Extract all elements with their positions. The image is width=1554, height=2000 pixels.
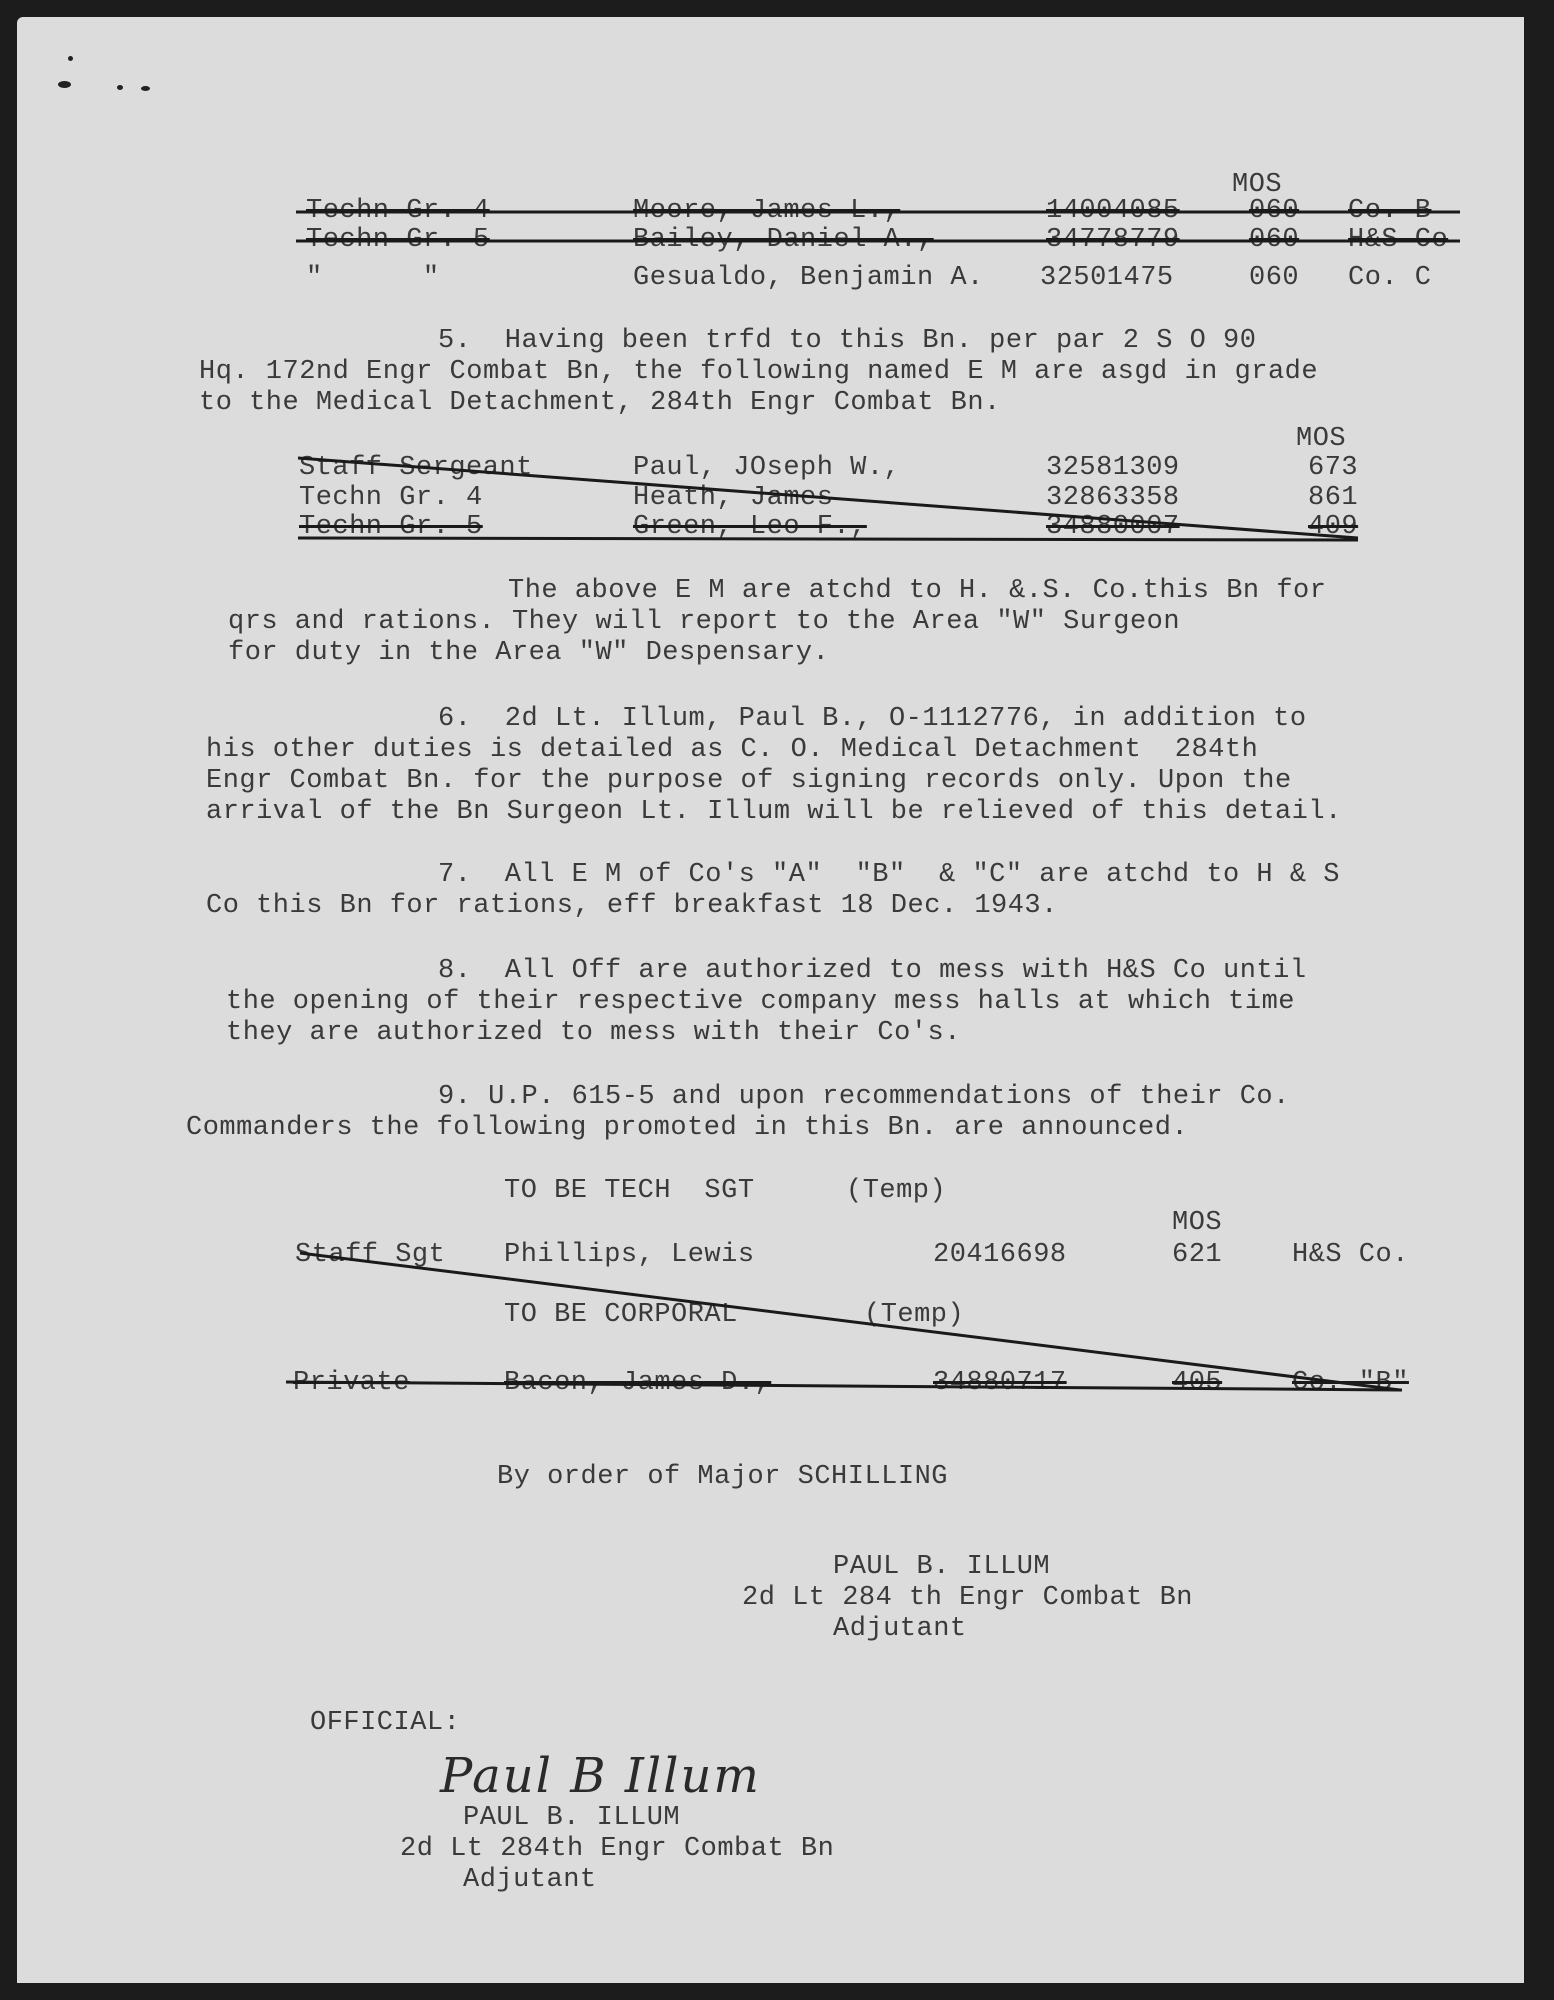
name-cell: Gesualdo, Benjamin A. [633, 263, 984, 293]
signer-title: 2d Lt 284 th Engr Combat Bn [742, 1583, 1193, 1613]
serial-cell: 14004085 [1046, 196, 1180, 226]
by-order-line: By order of Major SCHILLING [497, 1462, 948, 1492]
mos-cell: 060 [1249, 225, 1299, 255]
para8-line: 8. All Off are authorized to mess with H… [438, 956, 1307, 986]
para6-line: arrival of the Bn Surgeon Lt. Illum will… [206, 797, 1342, 827]
grade-cell: " " [306, 263, 440, 293]
ink-mark [117, 85, 123, 90]
serial-cell: 34778779 [1046, 225, 1180, 255]
para7-line: Co this Bn for rations, eff breakfast 18… [206, 891, 1058, 921]
name-cell: Bailey, Daniel A., [633, 225, 934, 255]
promotion-heading: TO BE CORPORAL [504, 1300, 738, 1330]
serial-cell: 20416698 [933, 1240, 1067, 1270]
name-cell: Heath, James [633, 483, 833, 513]
promotion-temp: (Temp) [864, 1300, 964, 1330]
grade-cell: Techn Gr. 4 [299, 483, 483, 513]
serial-cell: 34880007 [1046, 512, 1180, 542]
para6-line: his other duties is detailed as C. O. Me… [206, 735, 1258, 765]
promotion-heading: TO BE TECH SGT [504, 1176, 755, 1206]
mos-cell: 673 [1308, 453, 1358, 483]
grade-cell: Techn Gr. 5 [306, 225, 490, 255]
serial-cell: 32581309 [1046, 453, 1180, 483]
para7-line: 7. All E M of Co's "A" "B" & "C" are atc… [438, 860, 1340, 890]
serial-cell: 32863358 [1046, 483, 1180, 513]
promotion-temp: (Temp) [846, 1176, 946, 1206]
grade-cell: Staff Sergeant [299, 453, 533, 483]
mos-cell: 405 [1172, 1368, 1222, 1398]
para6-line: 6. 2d Lt. Illum, Paul B., O-1112776, in … [438, 704, 1307, 734]
serial-cell: 34880717 [933, 1368, 1067, 1398]
serial-cell: 32501475 [1040, 263, 1174, 293]
grade-cell: Techn Gr. 5 [299, 512, 483, 542]
name-cell: Moore, James L., [633, 196, 900, 226]
official-label: OFFICIAL: [310, 1708, 460, 1738]
unit-cell: Co. B [1348, 196, 1432, 226]
ink-mark [58, 81, 71, 88]
para6-line: Engr Combat Bn. for the purpose of signi… [206, 766, 1292, 796]
ink-mark [141, 86, 150, 91]
unit-cell: H&S Co [1348, 225, 1448, 255]
grade-cell: Techn Gr. 4 [306, 196, 490, 226]
signer-role: Adjutant [833, 1614, 967, 1644]
official-name: PAUL B. ILLUM [463, 1803, 680, 1833]
mos-header: MOS [1296, 424, 1346, 454]
mos-cell: 409 [1308, 512, 1358, 542]
unit-cell: Co. C [1348, 263, 1432, 293]
para5-note: qrs and rations. They will report to the… [228, 607, 1180, 637]
unit-cell: H&S Co. [1292, 1240, 1409, 1270]
mos-cell: 861 [1308, 483, 1358, 513]
grade-cell: Private [293, 1368, 410, 1398]
mos-cell: 060 [1249, 263, 1299, 293]
official-title: 2d Lt 284th Engr Combat Bn [400, 1834, 834, 1864]
para8-line: they are authorized to mess with their C… [226, 1018, 961, 1048]
official-role: Adjutant [463, 1865, 597, 1895]
para8-line: the opening of their respective company … [226, 987, 1295, 1017]
mos-cell: 621 [1172, 1240, 1222, 1270]
para5-line: 5. Having been trfd to this Bn. per par … [438, 326, 1256, 356]
para9-line: 9. U.P. 615-5 and upon recommendations o… [438, 1082, 1290, 1112]
name-cell: Phillips, Lewis [504, 1240, 755, 1270]
para9-line: Commanders the following promoted in thi… [186, 1113, 1188, 1143]
para5-line: Hq. 172nd Engr Combat Bn, the following … [199, 357, 1318, 387]
name-cell: Bacon, James D., [504, 1368, 771, 1398]
mos-cell: 060 [1249, 196, 1299, 226]
name-cell: Green, Leo F., [633, 512, 867, 542]
grade-cell: Staff Sgt [295, 1240, 445, 1270]
mos-header: MOS [1172, 1208, 1222, 1238]
name-cell: Paul, JOseph W., [633, 453, 900, 483]
unit-cell: Co. "B" [1292, 1368, 1409, 1398]
para5-note: The above E M are atchd to H. &.S. Co.th… [508, 576, 1326, 606]
signature: Paul B Illum [440, 1748, 761, 1804]
para5-note: for duty in the Area "W" Despensary. [228, 638, 829, 668]
ink-mark [68, 56, 73, 61]
signer-name: PAUL B. ILLUM [833, 1552, 1050, 1582]
para5-line: to the Medical Detachment, 284th Engr Co… [199, 388, 1001, 418]
